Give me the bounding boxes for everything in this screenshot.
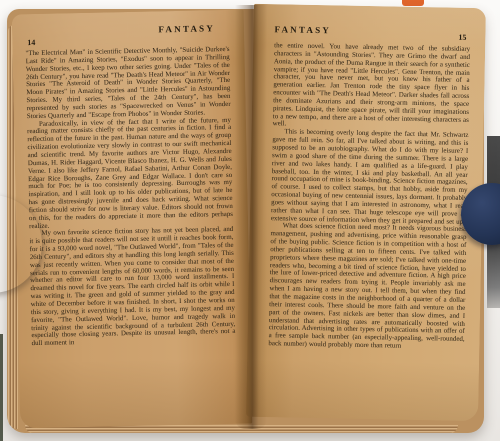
running-head-left: FANTASY (158, 23, 215, 34)
running-head-right: FANTASY (274, 24, 331, 35)
right-page-text: the entire novel. You have already met t… (268, 42, 470, 352)
paragraph: "The Electrical Man" in Scientific Detec… (25, 46, 230, 121)
photo-background: 14 FANTASY "The Electrical Man" in Scien… (0, 0, 500, 441)
left-page-text: "The Electrical Man" in Scientific Detec… (25, 46, 235, 348)
dark-edge-sliver (0, 334, 3, 441)
right-page: FANTASY 15 the entire novel. You have al… (246, 4, 486, 421)
paragraph: What does science fiction need most? It … (268, 223, 466, 352)
page-number-left: 14 (27, 38, 35, 47)
paragraph: This is becoming overly long despite the… (271, 128, 469, 226)
left-page: 14 FANTASY "The Electrical Man" in Scien… (12, 10, 253, 429)
left-page-header: 14 FANTASY (25, 26, 229, 40)
orange-tab (402, 0, 424, 6)
paragraph: the entire novel. You have already met t… (273, 42, 471, 132)
paragraph: Paradoxically, in view of the fact that … (27, 117, 233, 231)
right-page-header: FANTASY 15 (274, 24, 470, 38)
page-number-right: 15 (458, 33, 466, 42)
paragraph: My own favorite science fiction story ha… (29, 226, 235, 348)
